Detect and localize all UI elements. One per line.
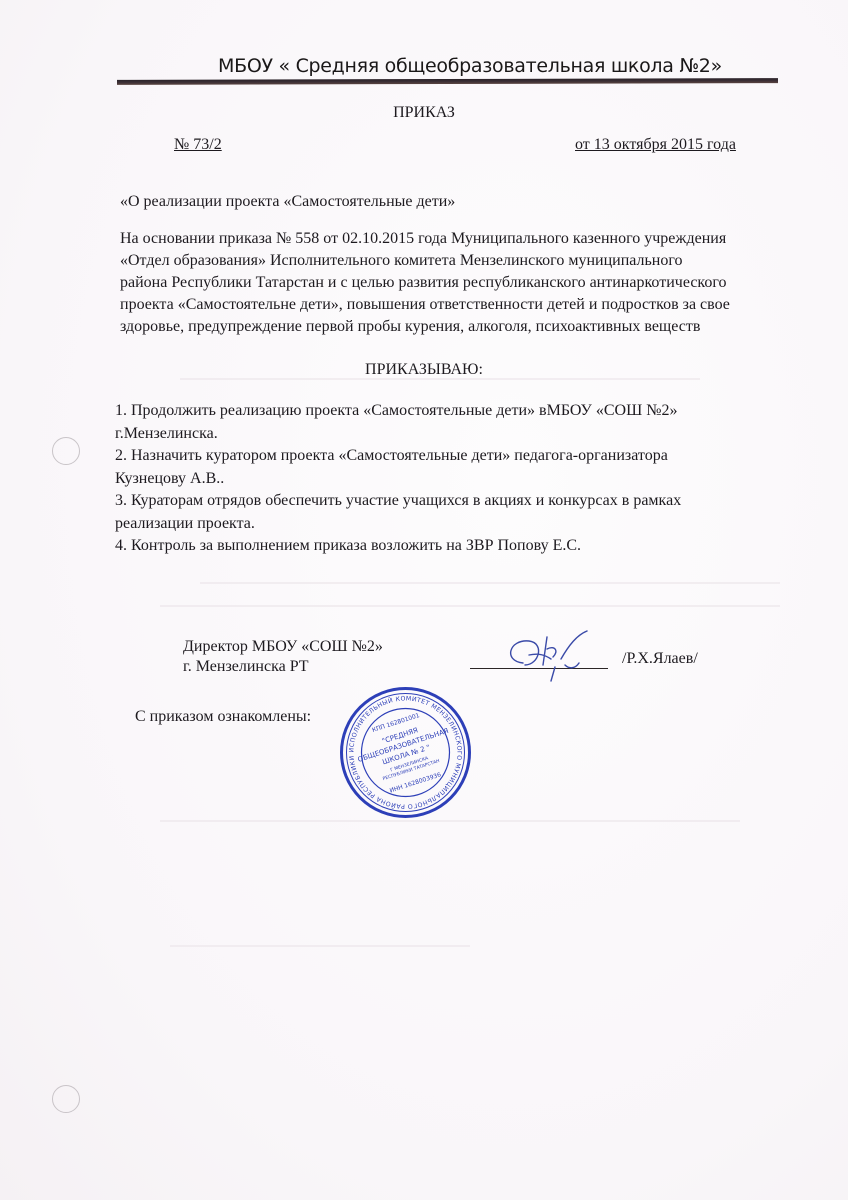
punch-hole-icon xyxy=(52,1085,80,1113)
acknowledgement-label: С приказом ознакомлены: xyxy=(135,708,311,726)
signatory-location: г. Мензелинска РТ xyxy=(183,657,383,677)
signatory-name: /Р.Х.Ялаев/ xyxy=(622,650,698,668)
organization-header: МБОУ « Средняя общеобразовательная школа… xyxy=(218,55,722,77)
order-item: 1. Продолжить реализацию проекта «Самост… xyxy=(115,400,681,423)
preamble-line: проекта «Самостоятельне дети», повышения… xyxy=(120,294,780,316)
preamble-line: «Отдел образования» Исполнительного коми… xyxy=(120,250,780,272)
bleed-through-line xyxy=(170,945,470,947)
signatory-position: Директор МБОУ «СОШ №2» г. Мензелинска РТ xyxy=(183,637,383,677)
document-page: МБОУ « Средняя общеобразовательная школа… xyxy=(0,0,848,1200)
bleed-through-line xyxy=(160,820,740,822)
signatory-title: Директор МБОУ «СОШ №2» xyxy=(183,637,383,657)
document-number: № 73/2 xyxy=(174,136,222,154)
order-items: 1. Продолжить реализацию проекта «Самост… xyxy=(115,400,681,558)
document-type: ПРИКАЗ xyxy=(0,104,848,122)
document-subject: «О реализации проекта «Самостоятельные д… xyxy=(120,193,455,211)
order-item: Кузнецову А.В.. xyxy=(115,468,681,491)
bleed-through-line xyxy=(160,605,780,607)
preamble-line: На основании приказа № 558 от 02.10.2015… xyxy=(120,228,780,250)
order-item: г.Мензелинска. xyxy=(115,423,681,446)
order-item: 4. Контроль за выполнением приказа возло… xyxy=(115,535,681,558)
handwritten-signature-icon xyxy=(495,625,605,685)
official-stamp-icon: ИСПОЛНИТЕЛЬНЫЙ КОМИТЕТ МЕНЗЕЛИНСКОГО МУН… xyxy=(338,685,473,820)
preamble-line: здоровье, предупреждение первой пробы ку… xyxy=(120,316,780,338)
order-item: 2. Назначить куратором проекта «Самостоя… xyxy=(115,445,681,468)
preamble: На основании приказа № 558 от 02.10.2015… xyxy=(120,228,780,338)
preamble-line: района Республики Татарстан и с целью ра… xyxy=(120,272,780,294)
punch-hole-icon xyxy=(52,437,80,465)
order-item: 3. Кураторам отрядов обеспечить участие … xyxy=(115,490,681,513)
order-heading: ПРИКАЗЫВАЮ: xyxy=(0,361,848,379)
header-divider xyxy=(117,78,778,85)
order-item: реализации проекта. xyxy=(115,513,681,536)
bleed-through-line xyxy=(200,582,780,584)
document-date: от 13 октября 2015 года xyxy=(575,136,736,154)
